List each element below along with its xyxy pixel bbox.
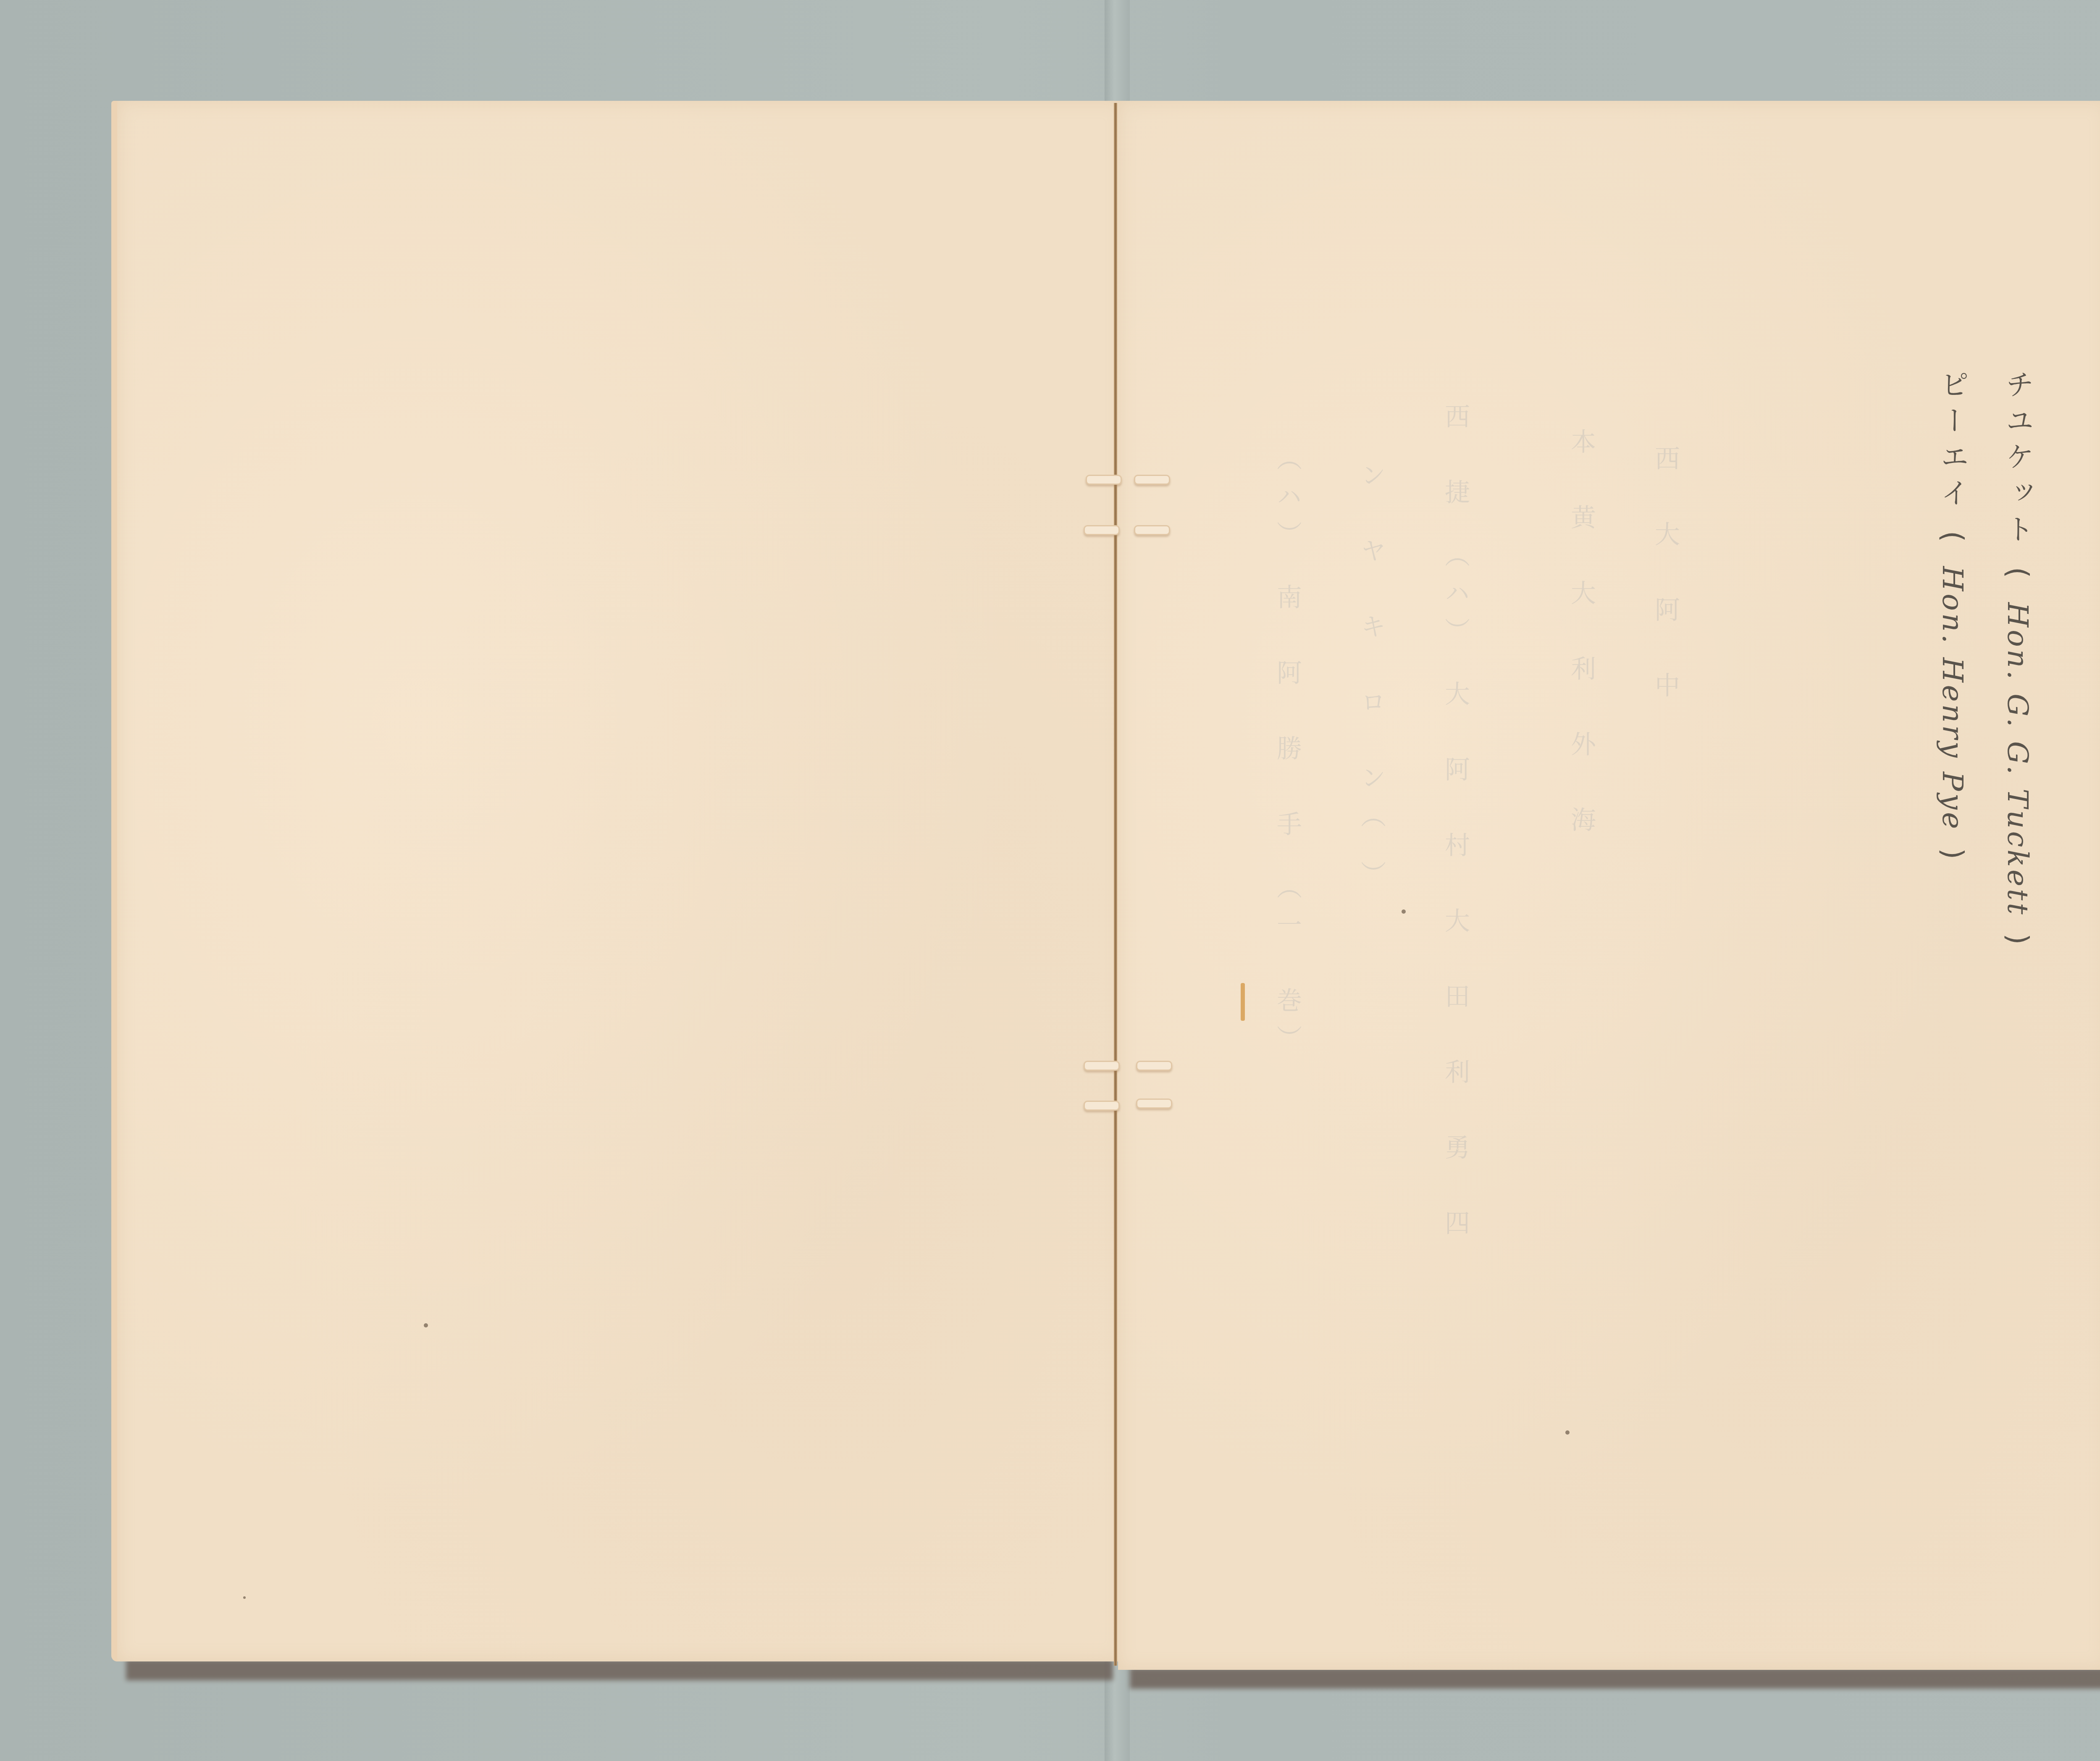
paper-speck — [424, 1323, 428, 1327]
paper-speck — [1565, 1430, 1570, 1435]
show-through-text: 西 大 阿 中 — [1647, 445, 1683, 710]
show-through-text: （ハ） 南 阿 勝 手 （一 巻） — [1269, 445, 1305, 1063]
show-through-text: 本 黄 大 利 外 海 — [1563, 428, 1599, 844]
open-paren: ( — [1936, 531, 1969, 550]
handwritten-line-pye: ピーエイ ( Hon. Henry Pye ) — [1932, 370, 1973, 867]
close-paren: ) — [1936, 848, 1969, 867]
paper-speck — [243, 1596, 246, 1599]
english-name: Hon. G. G. Tuckett — [2001, 602, 2034, 917]
open-paren: ( — [2001, 567, 2034, 586]
staple-left-top — [1086, 475, 1122, 485]
staple-right-bottom — [1136, 1061, 1172, 1071]
english-name: Hon. Henry Pye — [1936, 566, 1969, 832]
staple-left-bottom-2 — [1084, 1101, 1120, 1111]
book-gutter — [1114, 103, 1117, 1666]
staple-right-top-2 — [1134, 525, 1170, 535]
paper-speck — [1402, 909, 1406, 914]
left-page — [111, 101, 1123, 1661]
page-shadow-left — [126, 1659, 1113, 1680]
right-page: （ハ） 南 阿 勝 手 （一 巻） ン ヤ キ ロ ン（ ） 西 捷 （ハ） 大… — [1118, 101, 2100, 1670]
katakana-name: チユケット — [2001, 370, 2034, 550]
staple-left-bottom — [1084, 1061, 1120, 1071]
katakana-name: ピーエイ — [1936, 370, 1969, 514]
staple-left-top-2 — [1084, 525, 1120, 535]
handwritten-line-tuckett: チユケット ( Hon. G. G. Tuckett ) — [1997, 370, 2038, 952]
close-paren: ) — [2001, 933, 2034, 952]
show-through-text: ン ヤ キ ロ ン（ ） — [1353, 462, 1389, 899]
page-shadow-right — [1130, 1668, 2100, 1689]
show-through-text: 西 捷 （ハ） 大 阿 村 大 田 利 勇 四 — [1437, 403, 1473, 1248]
staple-right-bottom-2 — [1136, 1099, 1172, 1109]
staple-right-top — [1134, 475, 1170, 485]
ink-stain — [1241, 983, 1245, 1021]
